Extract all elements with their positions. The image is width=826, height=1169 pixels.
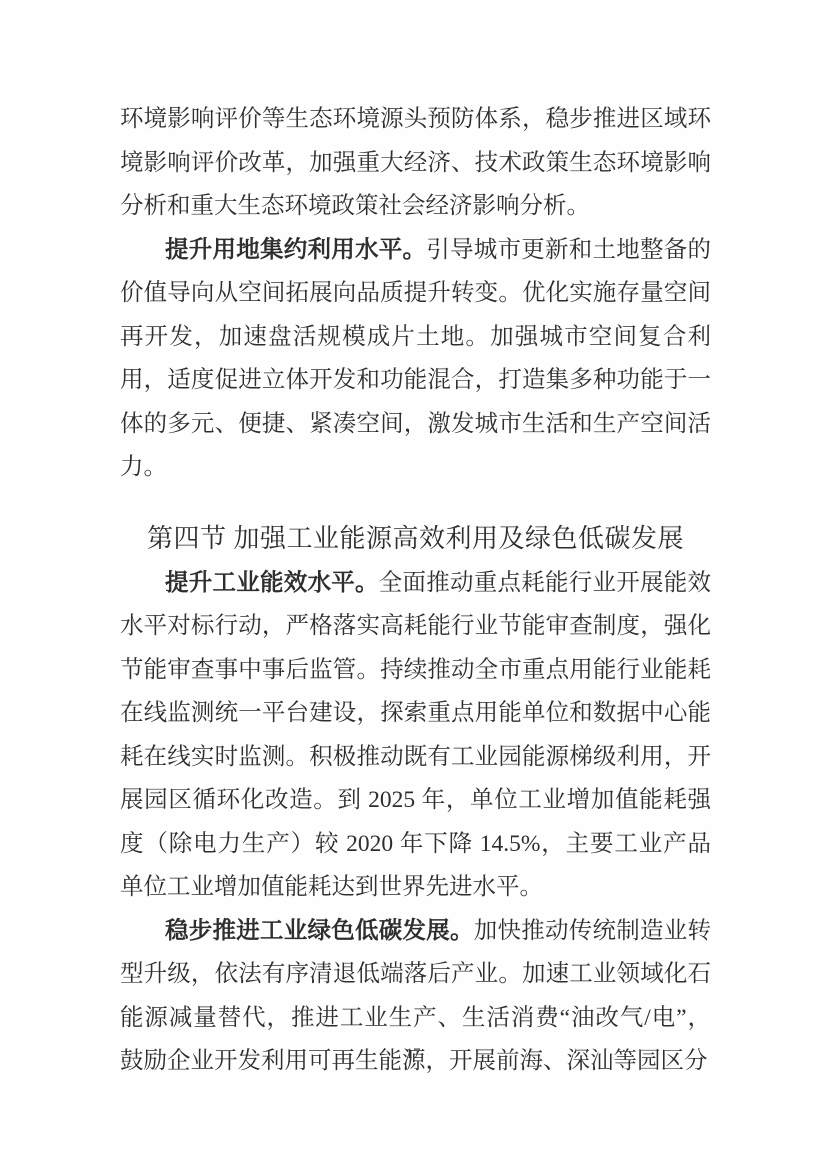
paragraph-land-use: 提升用地集约利用水平。引导城市更新和土地整备的价值导向从空间拓展向品质提升转变。…: [120, 229, 711, 490]
paragraph-energy-efficiency-text: 全面推动重点耗能行业开展能效水平对标行动，严格落实高耗能行业节能审查制度，强化节…: [120, 570, 711, 901]
paragraph-energy-efficiency: 提升工业能效水平。全面推动重点耗能行业开展能效水平对标行动，严格落实高耗能行业节…: [120, 562, 711, 910]
paragraph-env-impact: 环境影响评价等生态环境源头预防体系，稳步推进区域环境影响评价改革，加强重大经济、…: [120, 98, 711, 229]
section-heading: 第四节 加强工业能源高效利用及绿色低碳发展: [120, 516, 711, 562]
page-number: 17: [0, 1046, 826, 1063]
paragraph-green-lowcarbon-lead: 稳步推进工业绿色低碳发展。: [165, 918, 474, 944]
document-page: 环境影响评价等生态环境源头预防体系，稳步推进区域环境影响评价改革，加强重大经济、…: [0, 0, 826, 1169]
paragraph-land-use-lead: 提升用地集约利用水平。: [165, 237, 426, 263]
paragraph-land-use-text: 引导城市更新和土地整备的价值导向从空间拓展向品质提升转变。优化实施存量空间再开发…: [120, 237, 711, 481]
paragraph-energy-efficiency-lead: 提升工业能效水平。: [165, 570, 379, 596]
page-content: 环境影响评价等生态环境源头预防体系，稳步推进区域环境影响评价改革，加强重大经济、…: [120, 98, 711, 1084]
